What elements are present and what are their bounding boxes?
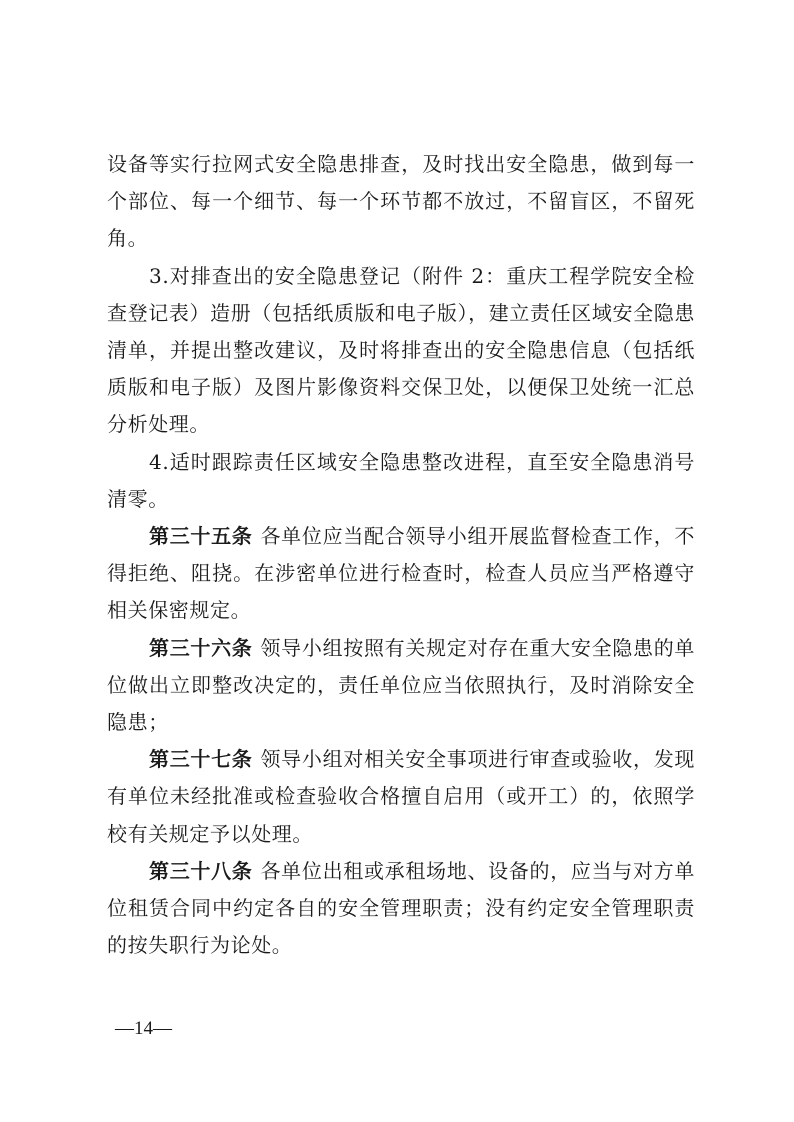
article-38: 第三十八条各单位出租或承租场地、设备的，应当与对方单位租赁合同中约定各自的安全管… <box>107 853 695 965</box>
document-body: 设备等实行拉网式安全隐患排查，及时找出安全隐患，做到每一个部位、每一个细节、每一… <box>107 146 695 964</box>
article-35: 第三十五条各单位应当配合领导小组开展监督检查工作，不得拒绝、阻挠。在涉密单位进行… <box>107 518 695 630</box>
paragraph-item-3: 3.对排查出的安全隐患登记（附件 2：重庆工程学院安全检查登记表）造册（包括纸质… <box>107 258 695 444</box>
paragraph-item-4: 4.适时跟踪责任区域安全隐患整改进程，直至安全隐患消号清零。 <box>107 444 695 518</box>
paragraph-text: 设备等实行拉网式安全隐患排查，及时找出安全隐患，做到每一个部位、每一个细节、每一… <box>107 152 695 250</box>
article-heading: 第三十五条 <box>149 524 252 548</box>
article-heading: 第三十六条 <box>149 636 252 660</box>
page-number: —14— <box>115 1018 172 1040</box>
paragraph-text: 3.对排查出的安全隐患登记（附件 2：重庆工程学院安全检查登记表）造册（包括纸质… <box>107 264 695 437</box>
article-37: 第三十七条领导小组对相关安全事项进行审查或验收，发现有单位未经批准或检查验收合格… <box>107 741 695 853</box>
paragraph-continuation: 设备等实行拉网式安全隐患排查，及时找出安全隐患，做到每一个部位、每一个细节、每一… <box>107 146 695 258</box>
article-heading: 第三十七条 <box>149 747 252 771</box>
article-heading: 第三十八条 <box>149 859 252 883</box>
paragraph-text: 4.适时跟踪责任区域安全隐患整改进程，直至安全隐患消号清零。 <box>107 450 695 511</box>
article-36: 第三十六条领导小组按照有关规定对存在重大安全隐患的单位做出立即整改决定的，责任单… <box>107 630 695 742</box>
